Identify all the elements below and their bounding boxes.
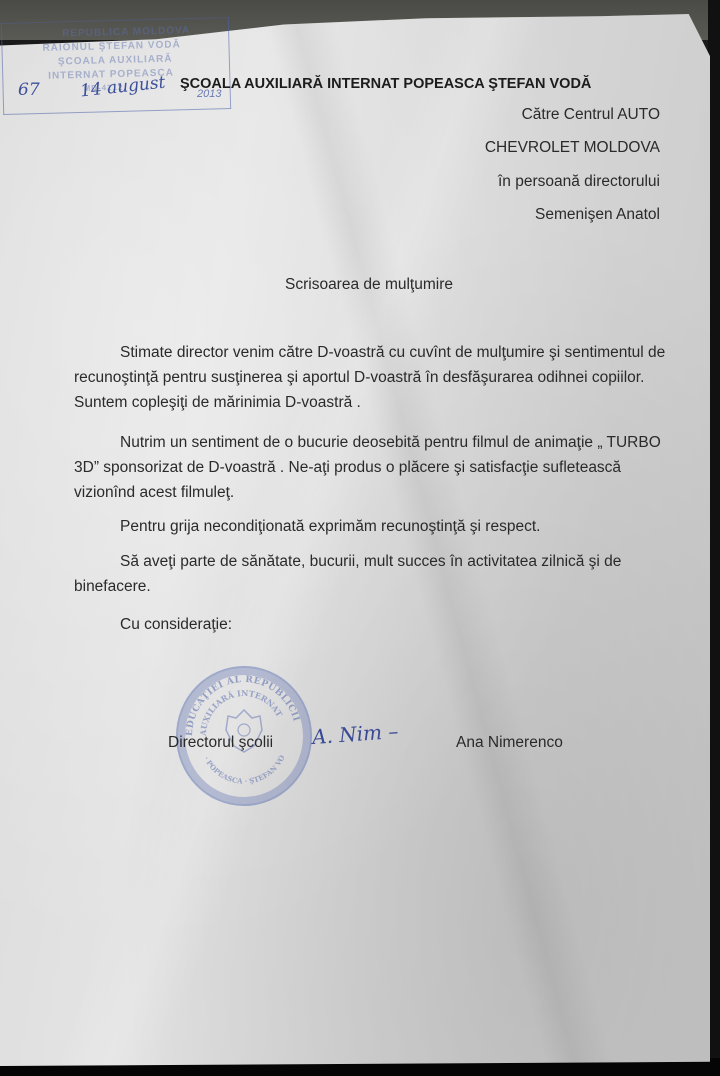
paragraph-text: Nutrim un sentiment de o bucurie deosebi… xyxy=(74,434,661,501)
paragraph-2: Nutrim un sentiment de o bucurie deosebi… xyxy=(74,430,674,505)
registration-stamp: REPUBLICA MOLDOVA RAIONUL ŞTEFAN VODĂ ŞC… xyxy=(1,17,231,115)
recipient-line-3: în persoană directorului xyxy=(498,173,660,191)
stamp-line: ŞCOALA AUXILIARĂ xyxy=(58,54,173,68)
recipient-line-4: Semenişen Anatol xyxy=(535,206,660,224)
letter-paper xyxy=(0,14,710,1066)
registration-number: 67 xyxy=(18,80,40,100)
paragraph-4: Să aveţi parte de sănătate, bucurii, mul… xyxy=(74,549,674,599)
signatory-name: Ana Nimerenco xyxy=(456,734,563,752)
stamp-line: RAIONUL ŞTEFAN VODĂ xyxy=(42,39,181,54)
paragraph-text: Stimate director venim către D-voastră c… xyxy=(74,344,665,411)
closing-line: Cu consideraţie: xyxy=(120,616,232,634)
paragraph-1: Stimate director venim către D-voastră c… xyxy=(74,340,674,415)
document-title: Scrisoarea de mulţumire xyxy=(285,276,453,294)
paragraph-3: Pentru grija necondiţionată exprimăm rec… xyxy=(74,514,674,539)
recipient-line-2: CHEVROLET MOLDOVA xyxy=(485,139,660,157)
paragraph-text: Să aveţi parte de sănătate, bucurii, mul… xyxy=(74,553,621,595)
signatory-title: Directorul şcolii xyxy=(168,734,273,752)
paragraph-text: Pentru grija necondiţionată exprimăm rec… xyxy=(120,518,540,535)
stamp-line: REPUBLICA MOLDOVA xyxy=(62,25,190,39)
recipient-line-1: Către Centrul AUTO xyxy=(522,106,660,124)
school-name-heading: ŞCOALA AUXILIARĂ INTERNAT POPEASCA ŞTEFA… xyxy=(180,76,591,92)
